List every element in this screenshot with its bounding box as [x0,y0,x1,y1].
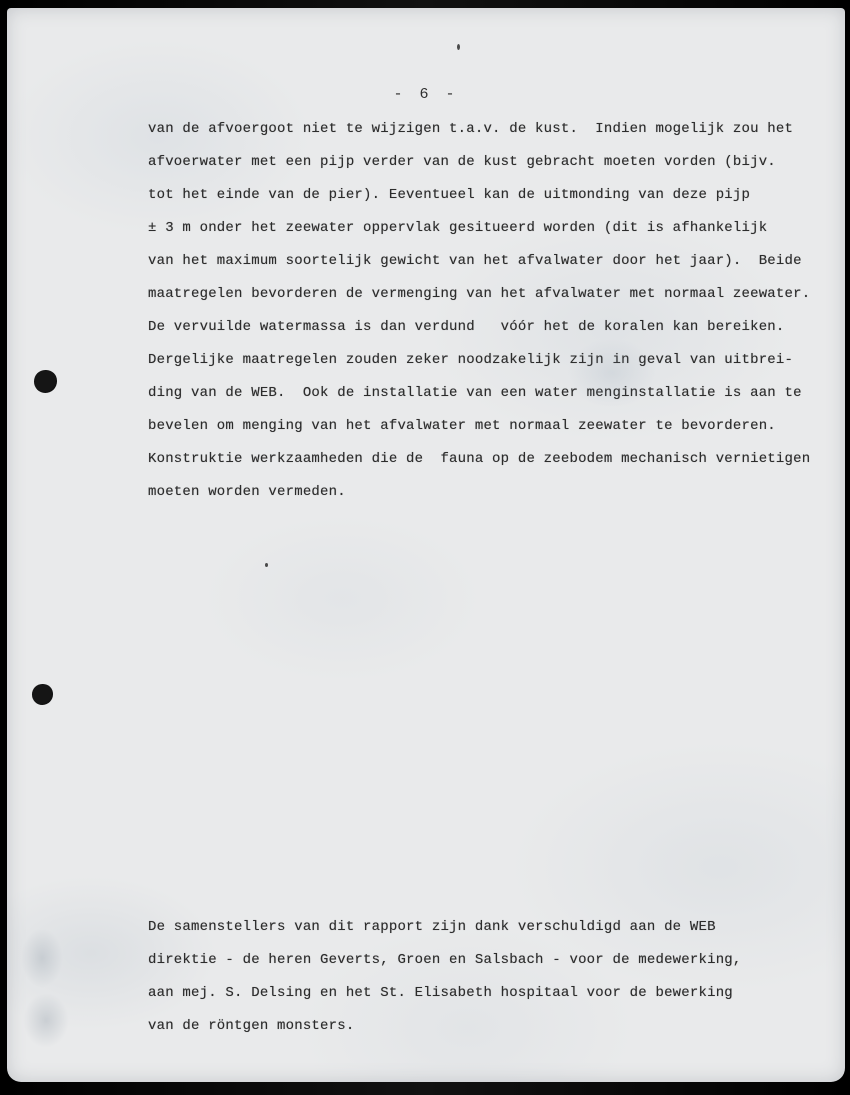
scan-artifact-speck [457,44,460,50]
main-paragraph: van de afvoergoot niet te wijzigen t.a.v… [148,113,818,509]
scan-artifact-speck [265,563,268,567]
hole-punch-bottom-icon [32,684,53,705]
page-number: - 6 - [7,86,845,103]
document-page: - 6 - van de afvoergoot niet te wijzigen… [7,8,845,1082]
hole-punch-top-icon [34,370,57,393]
scanner-background: - 6 - van de afvoergoot niet te wijzigen… [0,0,850,1095]
acknowledgement-paragraph: De samenstellers van dit rapport zijn da… [148,911,818,1043]
scan-artifact-smudge [23,993,69,1048]
scan-artifact-smudge [21,928,63,988]
